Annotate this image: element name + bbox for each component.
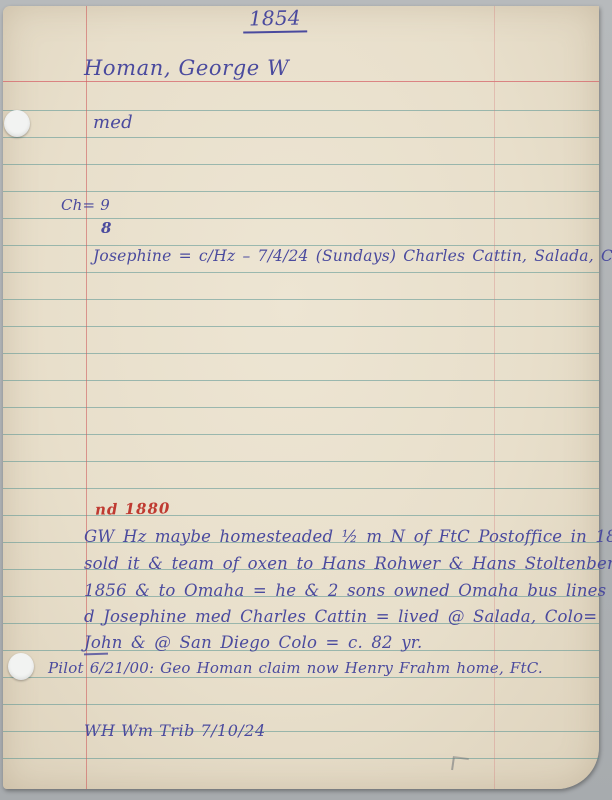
rule-line bbox=[3, 191, 599, 192]
rule-line bbox=[3, 137, 599, 138]
rule-line bbox=[3, 353, 599, 354]
rule-line bbox=[3, 677, 599, 678]
rule-line bbox=[3, 326, 599, 327]
surname-line: Homan, George W bbox=[84, 56, 289, 80]
tribune-citation-line: WH Wm Trib 7/10/24 bbox=[84, 721, 266, 740]
rule-line bbox=[3, 299, 599, 300]
note-line: GW Hz maybe homesteaded ½ m N of FtC Pos… bbox=[84, 527, 612, 546]
rule-line bbox=[3, 245, 599, 246]
header-rule-line bbox=[3, 81, 599, 82]
rule-line bbox=[3, 164, 599, 165]
rule-line bbox=[3, 218, 599, 219]
rule-line bbox=[3, 434, 599, 435]
red-annotation: nd 1880 bbox=[95, 499, 171, 518]
note-line: d Josephine med Charles Cattin = lived @… bbox=[84, 607, 597, 626]
scanned-page: 1854 Homan, George W med Ch= 9 8 Josephi… bbox=[0, 0, 612, 800]
children-count-correction: 8 bbox=[101, 219, 112, 237]
pencil-smudge bbox=[451, 756, 469, 772]
rule-line bbox=[3, 461, 599, 462]
rule-line bbox=[3, 515, 599, 516]
year-heading: 1854 bbox=[243, 5, 307, 33]
note-line: sold it & team of oxen to Hans Rohwer & … bbox=[84, 554, 612, 573]
rule-line bbox=[3, 272, 599, 273]
rule-line bbox=[3, 704, 599, 705]
med-note: med bbox=[93, 112, 133, 133]
pilot-source-line: Pilot 6/21/00: Geo Homan claim now Henry… bbox=[48, 659, 543, 677]
rule-line bbox=[3, 407, 599, 408]
rule-line bbox=[3, 110, 599, 111]
rule-line bbox=[3, 488, 599, 489]
rule-line bbox=[3, 380, 599, 381]
punch-hole-top bbox=[4, 110, 30, 137]
note-line: John & @ San Diego Colo = c. 82 yr. bbox=[84, 633, 422, 652]
note-line: 1856 & to Omaha = he & 2 sons owned Omah… bbox=[84, 581, 612, 600]
josephine-line: Josephine = c/Hz – 7/4/24 (Sundays) Char… bbox=[93, 247, 612, 265]
children-count-label: Ch= 9 bbox=[61, 196, 110, 214]
punch-hole-bottom bbox=[8, 653, 34, 680]
rule-line bbox=[3, 758, 599, 759]
